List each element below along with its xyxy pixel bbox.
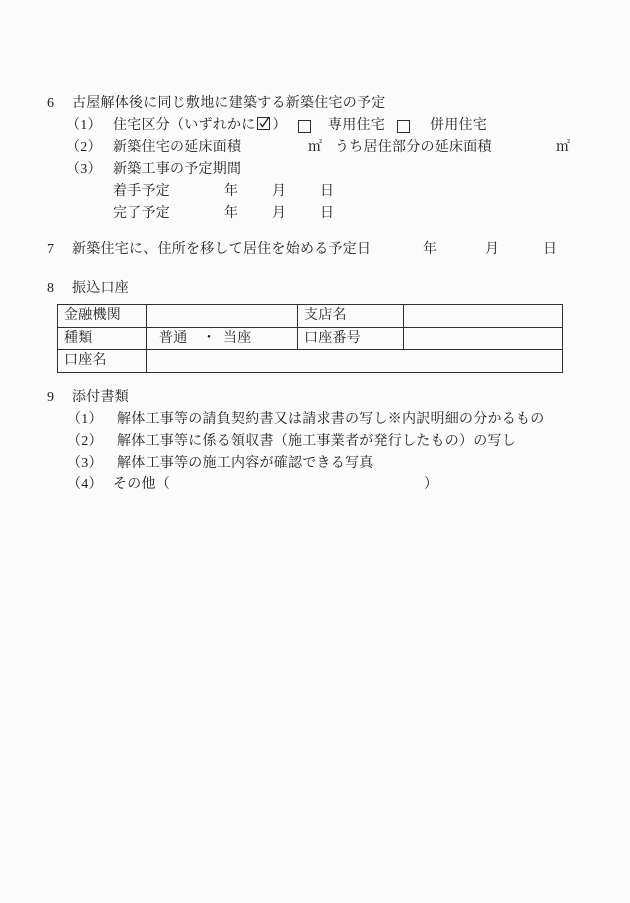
start-month-label: 月	[272, 182, 286, 202]
end-day-label: 日	[320, 204, 334, 224]
movein-year-label: 年	[423, 240, 437, 260]
account-number-input-cell[interactable]	[404, 328, 563, 350]
start-date-label: 着手予定	[113, 182, 170, 202]
bank-name-input-cell[interactable]	[147, 305, 298, 328]
end-date-label: 完了予定	[113, 204, 170, 224]
attachment1-number: （1）	[67, 410, 103, 430]
section9-title: 添付書類	[72, 388, 129, 408]
start-year-label: 年	[224, 182, 238, 202]
attachment-item-2: （2） 解体工事等に係る領収書（施工事業者が発行したもの）の写し	[0, 432, 630, 452]
combined-dwelling-option-label: 併用住宅	[430, 116, 487, 136]
start-month-field[interactable]	[244, 184, 268, 200]
branch-label-cell: 支店名	[298, 305, 404, 328]
checked-box-icon	[257, 117, 270, 130]
section6-item3-line: （3） 新築工事の予定期間	[0, 160, 630, 180]
end-month-field[interactable]	[244, 206, 268, 222]
construction-end-line: 完了予定 年 月 日	[0, 204, 630, 224]
start-day-field[interactable]	[292, 184, 316, 200]
end-year-field[interactable]	[180, 206, 220, 222]
section8-title: 振込口座	[72, 279, 129, 299]
attachment4-other-suffix: ）	[424, 475, 438, 495]
end-day-field[interactable]	[292, 206, 316, 222]
attachment-item-3: （3） 解体工事等の施工内容が確認できる写真	[0, 454, 630, 474]
table-row: 口座名	[58, 350, 563, 373]
account-type-choice-cell: 普通 ・ 当座	[147, 328, 298, 350]
section7-line: 7 新築住宅に、住所を移して居住を始める予定日 年 月 日	[0, 240, 630, 260]
construction-period-label: 新築工事の予定期間	[113, 160, 241, 180]
table-row: 種類 普通 ・ 当座 口座番号	[58, 328, 563, 350]
movein-month-label: 月	[485, 240, 499, 260]
account-type-ordinary-option[interactable]: 普通	[159, 329, 188, 349]
bank-account-table: 金融機関 支店名 種類 普通 ・ 当座 口座番号 口座名	[57, 304, 563, 373]
attachment1-text: 解体工事等の請負契約書又は請求書の写し※内訳明細の分かるもの	[117, 410, 545, 430]
section6-heading: 6 古屋解体後に同じ敷地に建築する新築住宅の予定	[0, 94, 630, 114]
living-floor-area-label: うち居住部分の延床面積	[335, 138, 492, 158]
section6-number: 6	[47, 94, 54, 114]
attachment2-text: 解体工事等に係る領収書（施工事業者が発行したもの）の写し	[117, 432, 516, 452]
movein-day-label: 日	[543, 240, 557, 260]
attachment3-text: 解体工事等の施工内容が確認できる写真	[117, 454, 374, 474]
start-year-field[interactable]	[180, 184, 220, 200]
construction-start-line: 着手予定 年 月 日	[0, 182, 630, 202]
account-number-label-cell: 口座番号	[298, 328, 404, 350]
section6-title: 古屋解体後に同じ敷地に建築する新築住宅の予定	[72, 94, 386, 114]
account-type-label-cell: 種類	[58, 328, 147, 350]
account-type-current-option[interactable]: 当座	[223, 329, 252, 349]
dedicated-dwelling-checkbox[interactable]	[298, 120, 311, 133]
item2-number: （2）	[66, 138, 102, 158]
attachment3-number: （3）	[67, 454, 103, 474]
other-attachment-field[interactable]	[174, 477, 418, 493]
dedicated-dwelling-option-label: 専用住宅	[328, 116, 385, 136]
account-name-label-cell: 口座名	[58, 350, 147, 373]
combined-dwelling-checkbox[interactable]	[397, 120, 410, 133]
movein-year-field[interactable]	[378, 242, 418, 258]
item1-number: （1）	[66, 116, 102, 136]
section7-title: 新築住宅に、住所を移して居住を始める予定日	[72, 240, 371, 260]
attachment4-number: （4）	[67, 475, 103, 495]
total-floor-area-label: 新築住宅の延床面積	[113, 138, 241, 158]
living-floor-area-unit: ㎡	[556, 138, 570, 158]
section7-number: 7	[47, 240, 54, 260]
section8-heading: 8 振込口座	[0, 279, 630, 299]
section6-item2-line: （2） 新築住宅の延床面積 ㎡ うち居住部分の延床面積 ㎡	[0, 138, 630, 158]
account-name-input-cell[interactable]	[147, 350, 563, 373]
bank-label-cell: 金融機関	[58, 305, 147, 328]
attachment4-other-prefix: その他（	[113, 475, 170, 495]
attachment2-number: （2）	[67, 432, 103, 452]
section6-item1-line: （1） 住宅区分（いずれかに） 専用住宅 併用住宅	[0, 116, 630, 136]
dwelling-type-label-group: 住宅区分（いずれかに）	[113, 116, 287, 136]
start-day-label: 日	[320, 182, 334, 202]
movein-month-field[interactable]	[443, 242, 479, 258]
dwelling-type-label-prefix: 住宅区分（いずれかに	[113, 118, 256, 133]
item3-number: （3）	[66, 160, 102, 180]
end-year-label: 年	[224, 204, 238, 224]
section9-heading: 9 添付書類	[0, 388, 630, 408]
attachment-item-4: （4） その他（ ）	[0, 475, 630, 495]
table-row: 金融機関 支店名	[58, 305, 563, 328]
account-type-dot-separator: ・	[202, 329, 216, 349]
end-month-label: 月	[272, 204, 286, 224]
living-floor-area-field[interactable]	[492, 140, 550, 156]
total-floor-area-field[interactable]	[242, 140, 302, 156]
application-form-page: 6 古屋解体後に同じ敷地に建築する新築住宅の予定 （1） 住宅区分（いずれかに）…	[0, 0, 630, 903]
section8-number: 8	[47, 279, 54, 299]
movein-day-field[interactable]	[505, 242, 537, 258]
branch-name-input-cell[interactable]	[404, 305, 563, 328]
dwelling-type-label-suffix: ）	[273, 118, 287, 133]
section9-number: 9	[47, 388, 54, 408]
attachment-item-1: （1） 解体工事等の請負契約書又は請求書の写し※内訳明細の分かるもの	[0, 410, 630, 430]
total-floor-area-unit: ㎡	[308, 138, 322, 158]
